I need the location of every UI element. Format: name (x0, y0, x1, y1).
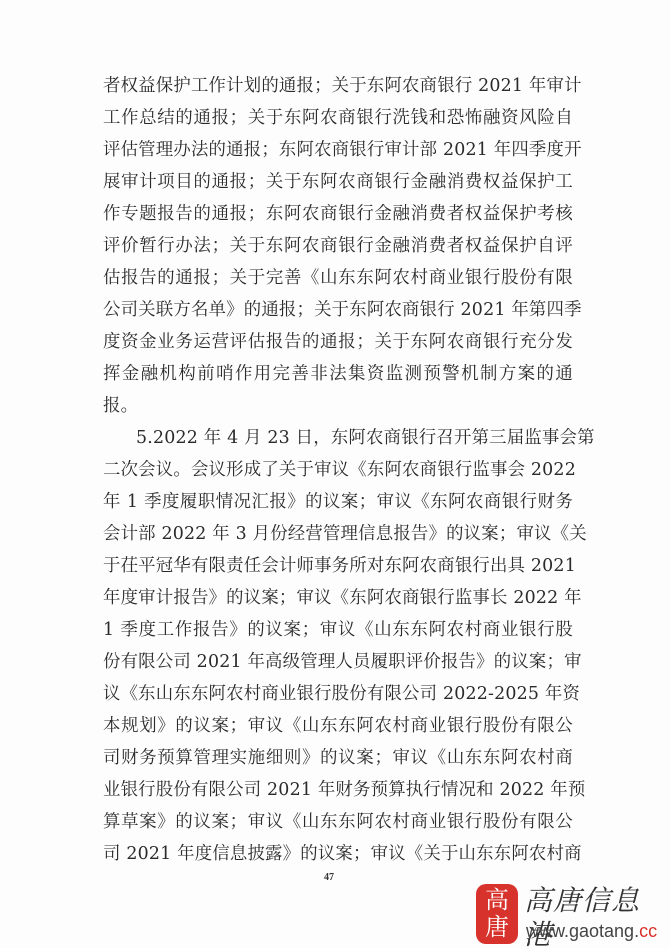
watermark-url: www.gaotang.cc (526, 920, 657, 942)
watermark-url-tld: cc (639, 921, 657, 941)
text-line: 公司关联方名单》的通报；关于东阿农商银行 2021 年第四季 (103, 294, 573, 326)
seal-char-top: 高 (485, 887, 509, 914)
text-line: 本规划》的议案；审议《山东东阿农村商业银行股份有限公 (103, 710, 573, 742)
text-line: 展审计项目的通报；关于东阿农商银行金融消费权益保护工 (103, 166, 573, 198)
text-line: 议《东山东东阿农村商业银行股份有限公司 2022-2025 年资 (103, 678, 573, 710)
text-line: 司 2021 年度信息披露》的议案；审议《关于山东东阿农村商 (103, 838, 573, 870)
text-line: 份有限公司 2021 年高级管理人员履职评价报告》的议案；审 (103, 646, 573, 678)
page-number: 47 (324, 872, 334, 883)
seal-char-bottom: 唐 (485, 914, 509, 941)
seal-logo-icon: 高 唐 (476, 884, 518, 944)
text-line: 业银行股份有限公司 2021 年财务预算执行情况和 2022 年预 (103, 774, 573, 806)
text-line: 1 季度工作报告》的议案；审议《山东东阿农村商业银行股 (103, 614, 573, 646)
text-line: 年 1 季度履职情况汇报》的议案；审议《东阿农商银行财务 (103, 486, 573, 518)
text-line: 度资金业务运营评估报告的通报；关于东阿农商银行充分发 (103, 326, 573, 358)
text-line: 者权益保护工作计划的通报；关于东阿农商银行 2021 年审计 (103, 70, 573, 102)
text-line: 二次会议。会议形成了关于审议《东阿农商银行监事会 2022 (103, 454, 573, 486)
document-body: 者权益保护工作计划的通报；关于东阿农商银行 2021 年审计 工作总结的通报；关… (103, 70, 573, 870)
paragraph-start-line: 5.2022 年 4 月 23 日，东阿农商银行召开第三届监事会第 (103, 422, 573, 454)
text-line: 估报告的通报；关于完善《山东东阿农村商业银行股份有限 (103, 262, 573, 294)
text-line: 挥金融机构前哨作用完善非法集资监测预警机制方案的通 (103, 358, 573, 390)
text-line: 年度审计报告》的议案；审议《东阿农商银行监事长 2022 年 (103, 582, 573, 614)
site-watermark: 高 唐 高唐信息港 www.gaotang.cc (476, 884, 668, 944)
text-line: 司财务预算管理实施细则》的议案；审议《山东东阿农村商 (103, 742, 573, 774)
watermark-url-main: www.gaotang. (526, 921, 639, 941)
text-line: 工作总结的通报；关于东阿农商银行洗钱和恐怖融资风险自 (103, 102, 573, 134)
text-line: 算草案》的议案；审议《山东东阿农村商业银行股份有限公 (103, 806, 573, 838)
document-page: 者权益保护工作计划的通报；关于东阿农商银行 2021 年审计 工作总结的通报；关… (0, 0, 670, 948)
text-line: 评估管理办法的通报；东阿农商银行审计部 2021 年四季度开 (103, 134, 573, 166)
text-line: 报。 (103, 390, 573, 422)
text-line: 于茌平冠华有限责任会计师事务所对东阿农商银行出具 2021 (103, 550, 573, 582)
text-line: 评价暂行办法；关于东阿农商银行金融消费者权益保护自评 (103, 230, 573, 262)
text-line: 作专题报告的通报；东阿农商银行金融消费者权益保护考核 (103, 198, 573, 230)
text-line: 会计部 2022 年 3 月份经营管理信息报告》的议案；审议《关 (103, 518, 573, 550)
